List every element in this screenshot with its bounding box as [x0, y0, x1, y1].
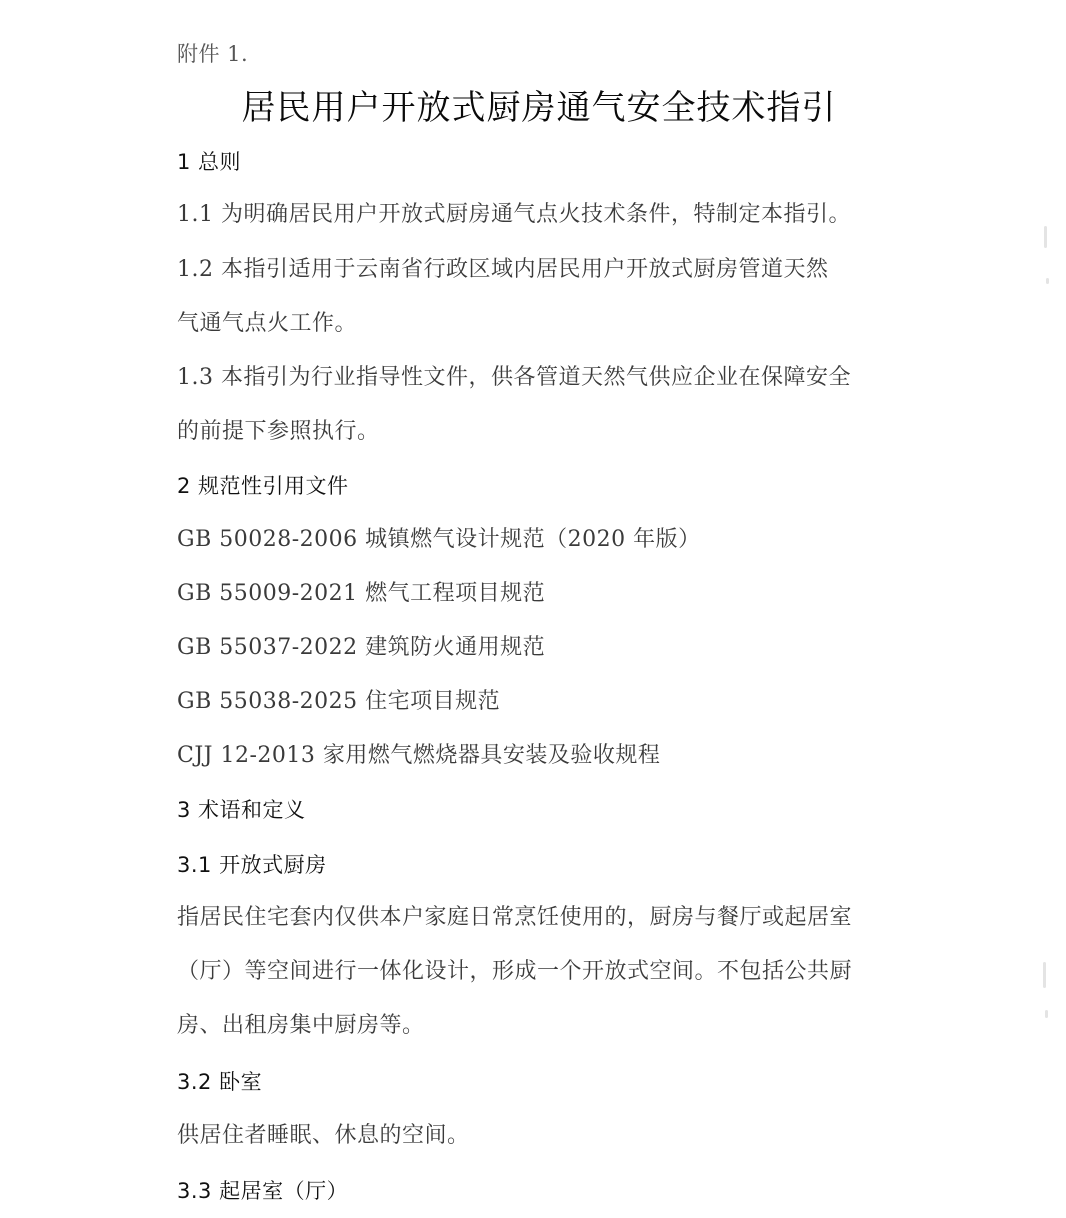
term-heading-3-1: 3.1 开放式厨房 [177, 851, 327, 879]
reference-item: GB 55037-2022 建筑防火通用规范 [177, 634, 545, 662]
paragraph-1-2-line-1: 1.2 本指引适用于云南省行政区域内居民用户开放式厨房管道天然 [177, 256, 828, 284]
section-heading-1: 1 总则 [177, 148, 241, 176]
paragraph-1-2-line-2: 气通气点火工作。 [177, 310, 357, 338]
term-definition-3-1-line-3: 房、出租房集中厨房等。 [177, 1012, 425, 1040]
term-definition-3-1-line-2: （厅）等空间进行一体化设计，形成一个开放式空间。不包括公共厨 [177, 958, 852, 986]
attachment-label: 附件 1. [177, 40, 248, 68]
term-definition-3-1-line-1: 指居民住宅套内仅供本户家庭日常烹饪使用的，厨房与餐厅或起居室 [177, 904, 852, 932]
scan-artifact [1046, 278, 1049, 284]
reference-item: GB 55038-2025 住宅项目规范 [177, 688, 500, 716]
term-heading-3-3: 3.3 起居室（厅） [177, 1177, 348, 1205]
term-definition-3-2: 供居住者睡眠、休息的空间。 [177, 1122, 470, 1150]
term-heading-3-2: 3.2 卧室 [177, 1068, 262, 1096]
scan-artifact [1045, 1010, 1048, 1018]
section-heading-2: 2 规范性引用文件 [177, 472, 349, 500]
scan-artifact [1044, 226, 1047, 248]
scan-artifact [1043, 962, 1046, 988]
paragraph-1-1: 1.1 为明确居民用户开放式厨房通气点火技术条件，特制定本指引。 [177, 201, 851, 229]
reference-item: GB 55009-2021 燃气工程项目规范 [177, 580, 545, 608]
reference-item: CJJ 12-2013 家用燃气燃烧器具安装及验收规程 [177, 742, 660, 770]
paragraph-1-3-line-2: 的前提下参照执行。 [177, 418, 380, 446]
paragraph-1-3-line-1: 1.3 本指引为行业指导性文件，供各管道天然气供应企业在保障安全 [177, 364, 851, 392]
section-heading-3: 3 术语和定义 [177, 796, 306, 824]
reference-item: GB 50028-2006 城镇燃气设计规范（2020 年版） [177, 526, 701, 554]
document-page: 附件 1. 居民用户开放式厨房通气安全技术指引 1 总则 1.1 为明确居民用户… [0, 0, 1066, 1218]
document-title: 居民用户开放式厨房通气安全技术指引 [0, 88, 1066, 128]
